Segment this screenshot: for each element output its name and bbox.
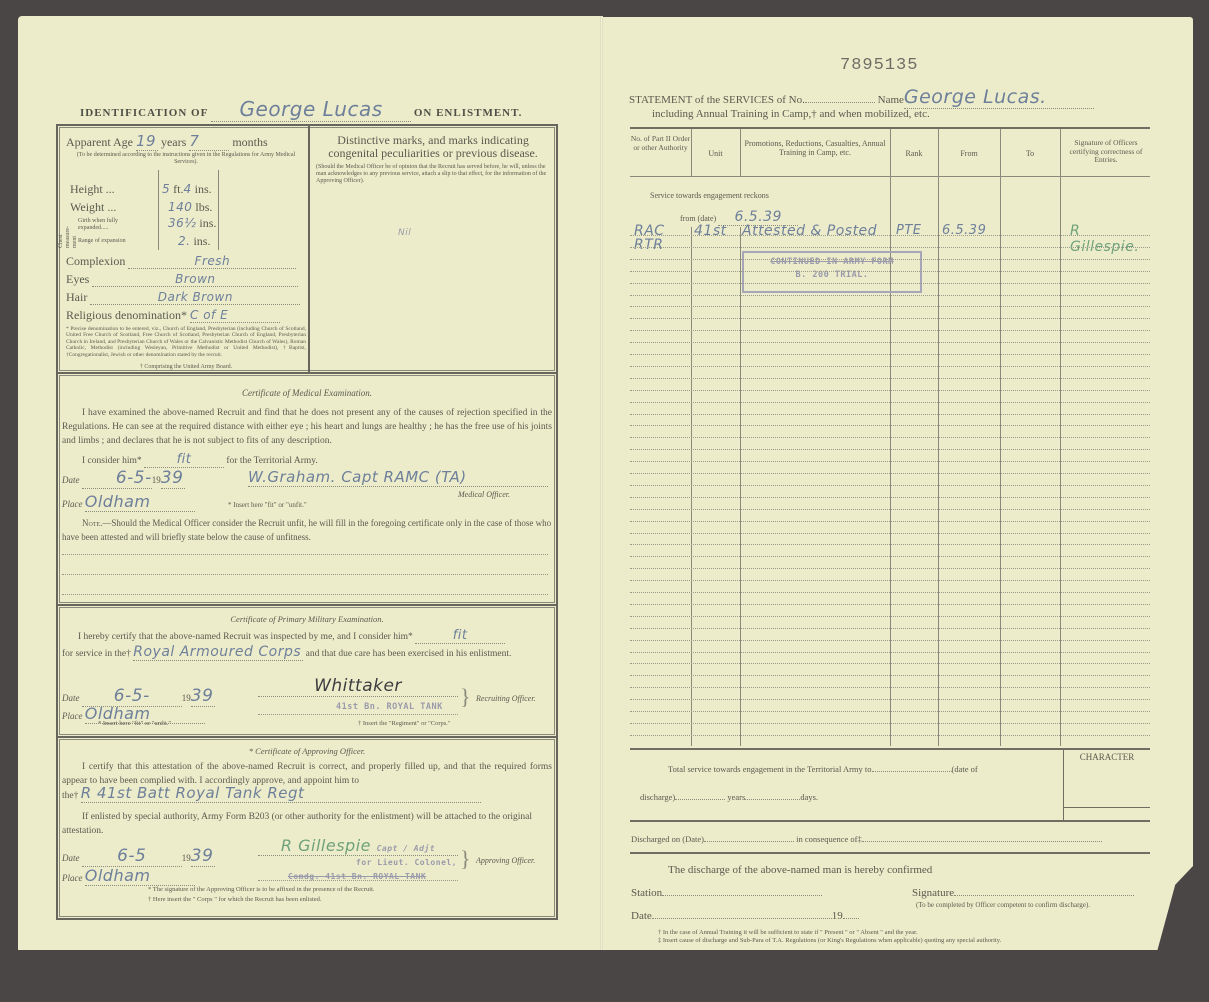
table-rule — [630, 485, 1150, 486]
table-rule — [630, 640, 1150, 641]
table-rule — [630, 378, 1150, 379]
approving-officer-signature: R Gillespie Capt / Adjt — [258, 836, 458, 856]
weight-value: 140 lbs. — [168, 200, 212, 215]
weight-label: Weight ... — [70, 200, 116, 215]
table-rule — [630, 402, 1150, 403]
col-header-authority: No. of Part II Order or other Authority — [630, 135, 691, 152]
col-header-from: From — [938, 149, 1000, 158]
table-rule — [630, 580, 1150, 581]
table-rule — [630, 533, 1150, 534]
table-rule — [630, 497, 1150, 498]
table-rule — [630, 663, 1150, 664]
primary-note-fit: * Insert here "fit" or "unfit." — [98, 720, 171, 727]
approving-stamp-1: for Lieut. Colonel, — [356, 858, 457, 867]
col-header-unit: Unit — [691, 149, 740, 158]
table-rule — [630, 306, 1150, 307]
table-rule — [630, 437, 1150, 438]
station-row: Station — [631, 887, 822, 899]
distinctive-marks-note: (Should the Medical Officer be of opinio… — [316, 164, 550, 185]
medical-insert-note: * Insert here "fit" or "unfit." — [228, 502, 307, 509]
recruit-name: George Lucas — [211, 97, 411, 122]
height-value: 5 ft.4 ins. — [162, 182, 212, 197]
medical-place-row: Place Oldham — [62, 492, 195, 512]
col-header-signature: Signature of Officers certifying correct… — [1062, 139, 1150, 165]
table-rule — [630, 271, 1150, 272]
table-rule — [630, 711, 1150, 712]
chest-label: Chest measure-ment — [58, 238, 79, 248]
statement-title: STATEMENT of the SERVICES of No. NameGeo… — [629, 86, 1094, 109]
medical-signature-line: W.Graham. Capt RAMC (TA) — [248, 468, 548, 487]
recruiting-officer-label: Recruiting Officer. — [476, 694, 536, 703]
recruiting-officer-signature-line: Whittaker — [258, 676, 458, 697]
table-rule — [630, 461, 1150, 462]
total-service-row: Total service towards engagement in the … — [668, 764, 978, 774]
col-header-to: To — [1000, 149, 1060, 158]
range-value: 2. ins. — [178, 234, 210, 249]
approving-place-row: Place Oldham — [62, 866, 195, 886]
services-table: No. of Part II Order or other Authority … — [630, 129, 1150, 749]
approving-special-body: If enlisted by special authority, Army F… — [62, 810, 552, 838]
medical-body: I have examined the above-named Recruit … — [62, 406, 552, 448]
footnote-discharge-cause: ‡ Insert cause of discharge and Sub-Para… — [658, 937, 1001, 944]
distinctive-marks-value: Nil — [398, 228, 411, 238]
row-2-authority: RTR — [634, 237, 664, 253]
primary-body-2: for service in the† Royal Armoured Corps… — [62, 644, 511, 661]
board-note: † Comprising the United Army Board. — [66, 364, 306, 371]
table-rule — [630, 735, 1150, 736]
col-header-rank: Rank — [890, 149, 938, 158]
age-months: 7 — [189, 132, 229, 151]
primary-note-regiment: † Insert the "Regiment" or "Corps." — [358, 720, 451, 727]
religion-row: Religious denomination* C of E — [66, 308, 311, 323]
approving-officer-label: Approving Officer. — [476, 856, 535, 865]
approving-unit-row: the† R 41st Batt Royal Tank Regt — [62, 784, 481, 803]
table-rule — [630, 366, 1150, 367]
table-rule — [630, 675, 1150, 676]
medical-date-row: Date 6-5-1939 — [62, 468, 185, 489]
table-rule — [630, 521, 1150, 522]
row-1-entry: Attested & Posted — [742, 223, 877, 239]
table-rule — [630, 616, 1150, 617]
religion-note: * Precise denomination to be entered, vi… — [66, 326, 306, 358]
identification-box: Apparent Age 19 years 7 months (To be de… — [56, 124, 558, 374]
medical-consider-row: I consider him* fit for the Territorial … — [82, 452, 318, 468]
table-rule — [630, 318, 1150, 319]
approving-note-2: † Here insert the " Corps " for which th… — [148, 896, 322, 903]
statement-name: George Lucas. — [904, 86, 1094, 109]
table-rule — [630, 235, 1150, 236]
table-rule — [630, 687, 1150, 688]
table-rule — [630, 390, 1150, 391]
continued-stamp: CONTINUED IN ARMY FORM B. 200 TRIAL. — [742, 251, 922, 293]
approving-date-row: Date 6-51939 — [62, 846, 215, 867]
table-rule — [630, 556, 1150, 557]
table-rule — [630, 723, 1150, 724]
approving-note-1: * The signature of the Approving Officer… — [148, 886, 375, 893]
range-label: Range of expansion — [78, 238, 126, 245]
row-1-signature: R Gillespie. — [1070, 223, 1150, 255]
age-note: (To be determined according to the instr… — [66, 152, 306, 166]
table-rule — [630, 544, 1150, 545]
table-rule — [630, 259, 1150, 260]
table-rule — [630, 652, 1150, 653]
row-1-unit: 41st — [694, 223, 727, 239]
table-rule — [630, 247, 1150, 248]
service-number: 7895135 — [840, 56, 918, 75]
table-rule — [630, 414, 1150, 415]
distinctive-marks-heading: Distinctive marks, and marks indicating … — [316, 134, 550, 160]
signature-note: (To be completed by Officer competent to… — [916, 902, 1090, 909]
identification-title: IDENTIFICATION OF George Lucas ON ENLIST… — [80, 97, 522, 122]
hair-row: Hair Dark Brown — [66, 290, 306, 305]
signature-row: Signature — [912, 887, 1134, 899]
table-rule — [630, 509, 1150, 510]
approving-heading: * Certificate of Approving Officer. — [58, 746, 556, 756]
approving-unit-value: R 41st Batt Royal Tank Regt — [81, 784, 481, 803]
table-rule — [630, 449, 1150, 450]
col-header-promotions: Promotions, Reductions, Casualties, Annu… — [744, 139, 886, 157]
medical-officer-signature: W.Graham. Capt RAMC (TA) — [248, 468, 548, 487]
footnote-annual-training: † In the case of Annual Training it will… — [658, 929, 918, 936]
table-rule — [630, 283, 1150, 284]
table-rule — [630, 568, 1150, 569]
table-rule — [630, 354, 1150, 355]
statement-subtitle: including Annual Training in Camp,† and … — [652, 108, 930, 120]
table-rule — [630, 604, 1150, 605]
approving-officer-signature-line: R Gillespie Capt / Adjt — [258, 836, 458, 856]
medical-officer-label: Medical Officer. — [458, 490, 510, 499]
medical-note: Note.—Should the Medical Officer conside… — [62, 516, 552, 544]
girth-label: Girth when fully expanded..... — [78, 218, 148, 232]
girth-value: 36½ ins. — [168, 216, 216, 231]
table-rule — [630, 699, 1150, 700]
table-rule — [630, 592, 1150, 593]
approving-officer-box: * Certificate of Approving Officer. I ce… — [56, 736, 558, 920]
medical-certificate-box: Certificate of Medical Examination. I ha… — [56, 372, 558, 606]
age-years: 19 — [136, 132, 158, 151]
apparent-age-row: Apparent Age 19 years 7 months — [66, 132, 306, 151]
table-rule — [630, 628, 1150, 629]
character-label: CHARACTER — [1064, 752, 1150, 762]
confirm-heading: The discharge of the above-named man is … — [668, 864, 932, 876]
discharge-duration-row: discharge) yearsdays. — [640, 792, 818, 802]
primary-examination-box: Certificate of Primary Military Examinat… — [56, 604, 558, 738]
table-rule — [630, 342, 1150, 343]
recruiting-stamp: 41st Bn. ROYAL TANK — [336, 702, 443, 712]
recruiting-officer-signature: Whittaker — [258, 676, 458, 697]
page-fold — [600, 16, 603, 950]
primary-heading: Certificate of Primary Military Examinat… — [58, 614, 556, 624]
reckons-label: Service towards engagement reckons — [650, 191, 769, 200]
eyes-row: Eyes Brown — [66, 272, 306, 287]
height-label: Height ... — [70, 182, 158, 197]
table-rule — [630, 473, 1150, 474]
table-rule — [630, 425, 1150, 426]
primary-body-1: I hereby certify that the above-named Re… — [78, 628, 505, 644]
discharged-row: Discharged on (Date) in consequence of‡ — [631, 834, 1102, 844]
table-rule — [630, 295, 1150, 296]
date-row: Date19 — [631, 910, 859, 922]
table-rule — [630, 330, 1150, 331]
complexion-row: Complexion Fresh — [66, 254, 306, 269]
medical-heading: Certificate of Medical Examination. — [58, 388, 556, 398]
